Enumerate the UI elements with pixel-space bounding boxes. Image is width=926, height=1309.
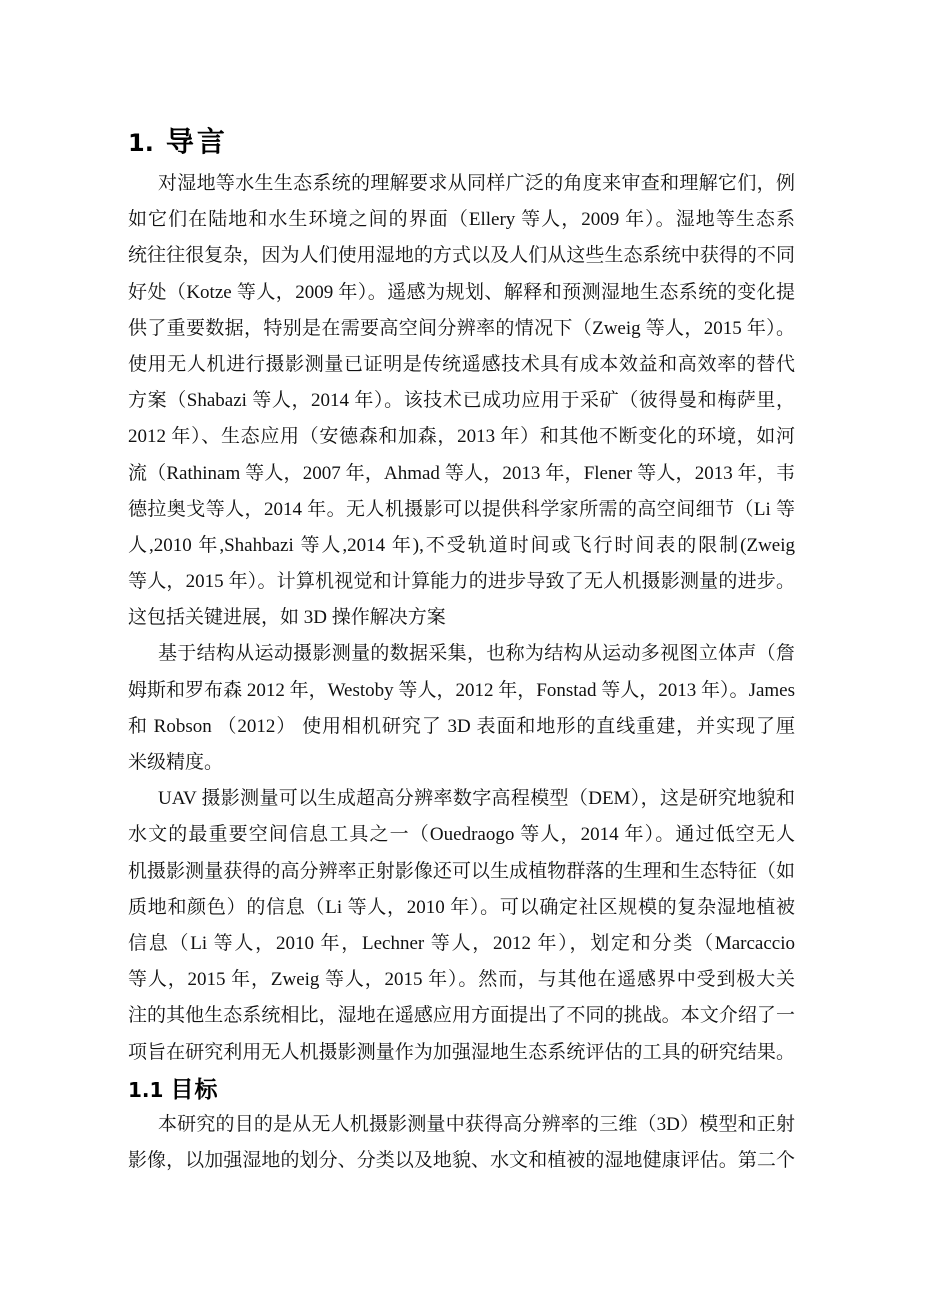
text-line: 本研究的目的是从无人机摄影测量中获得高分辨率的三维（3D）模型和正射 xyxy=(128,1107,795,1143)
text-line: 统往往很复杂，因为人们使用湿地的方式以及人们从这些生态系统中获得的不同 xyxy=(128,238,795,274)
text-line: 水文的最重要空间信息工具之一（Ouedraogo 等人，2014 年）。通过低空… xyxy=(128,817,795,853)
heading-number: 1.1 xyxy=(128,1078,163,1102)
text-line: 人,2010 年,Shahbazi 等人,2014 年),不受轨道时间或飞行时间… xyxy=(128,528,795,564)
subsection-heading: 1.1目标 xyxy=(128,1071,795,1107)
text-line: 好处（Kotze 等人，2009 年）。遥感为规划、解释和预测湿地生态系统的变化… xyxy=(128,275,795,311)
paragraph: 本研究的目的是从无人机摄影测量中获得高分辨率的三维（3D）模型和正射影像，以加强… xyxy=(128,1107,795,1179)
text-line: 姆斯和罗布森 2012 年，Westoby 等人，2012 年，Fonstad … xyxy=(128,673,795,709)
text-line: 和 Robson （2012） 使用相机研究了 3D 表面和地形的直线重建，并实… xyxy=(128,709,795,745)
text-line: UAV 摄影测量可以生成超高分辨率数字高程模型（DEM），这是研究地貌和 xyxy=(128,781,795,817)
document-content: 1.导言对湿地等水生生态系统的理解要求从同样广泛的角度来审查和理解它们，例如它们… xyxy=(128,0,795,1179)
paragraph: 基于结构从运动摄影测量的数据采集，也称为结构从运动多视图立体声（詹姆斯和罗布森 … xyxy=(128,636,795,781)
paragraph: UAV 摄影测量可以生成超高分辨率数字高程模型（DEM），这是研究地貌和水文的最… xyxy=(128,781,795,1071)
text-line: 德拉奥戈等人，2014 年。无人机摄影可以提供科学家所需的高空间细节（Li 等 xyxy=(128,492,795,528)
text-line: 质地和颜色）的信息（Li 等人，2010 年）。可以确定社区规模的复杂湿地植被 xyxy=(128,890,795,926)
text-line: 注的其他生态系统相比，湿地在遥感应用方面提出了不同的挑战。本文介绍了一 xyxy=(128,998,795,1034)
text-line: 如它们在陆地和水生环境之间的界面（Ellery 等人，2009 年）。湿地等生态… xyxy=(128,202,795,238)
text-line: 机摄影测量获得的高分辨率正射影像还可以生成植物群落的生理和生态特征（如 xyxy=(128,854,795,890)
heading-title: 目标 xyxy=(170,1071,218,1104)
heading-title: 导言 xyxy=(166,120,228,160)
text-line: 项旨在研究利用无人机摄影测量作为加强湿地生态系统评估的工具的研究结果。 xyxy=(128,1035,795,1071)
section-heading: 1.导言 xyxy=(128,0,795,166)
text-line: 等人，2015 年，Zweig 等人，2015 年）。然而，与其他在遥感界中受到… xyxy=(128,962,795,998)
text-line: 基于结构从运动摄影测量的数据采集，也称为结构从运动多视图立体声（詹 xyxy=(128,636,795,672)
text-line: 2012 年）、生态应用（安德森和加森，2013 年）和其他不断变化的环境，如河 xyxy=(128,419,795,455)
text-line: 流（Rathinam 等人，2007 年，Ahmad 等人，2013 年，Fle… xyxy=(128,456,795,492)
text-line: 方案（Shabazi 等人，2014 年）。该技术已成功应用于采矿（彼得曼和梅萨… xyxy=(128,383,795,419)
paragraph: 对湿地等水生生态系统的理解要求从同样广泛的角度来审查和理解它们，例如它们在陆地和… xyxy=(128,166,795,636)
text-line: 米级精度。 xyxy=(128,745,795,781)
text-line: 等人，2015 年）。计算机视觉和计算能力的进步导致了无人机摄影测量的进步。 xyxy=(128,564,795,600)
text-line: 使用无人机进行摄影测量已证明是传统遥感技术具有成本效益和高效率的替代 xyxy=(128,347,795,383)
text-line: 对湿地等水生生态系统的理解要求从同样广泛的角度来审查和理解它们，例 xyxy=(128,166,795,202)
document-page: 1.导言对湿地等水生生态系统的理解要求从同样广泛的角度来审查和理解它们，例如它们… xyxy=(0,0,926,1309)
text-line: 这包括关键进展，如 3D 操作解决方案 xyxy=(128,600,795,636)
text-line: 信息（Li 等人，2010 年，Lechner 等人，2012 年），划定和分类… xyxy=(128,926,795,962)
text-line: 影像，以加强湿地的划分、分类以及地貌、水文和植被的湿地健康评估。第二个 xyxy=(128,1143,795,1179)
heading-number: 1. xyxy=(128,129,154,157)
text-line: 供了重要数据，特别是在需要高空间分辨率的情况下（Zweig 等人，2015 年）… xyxy=(128,311,795,347)
